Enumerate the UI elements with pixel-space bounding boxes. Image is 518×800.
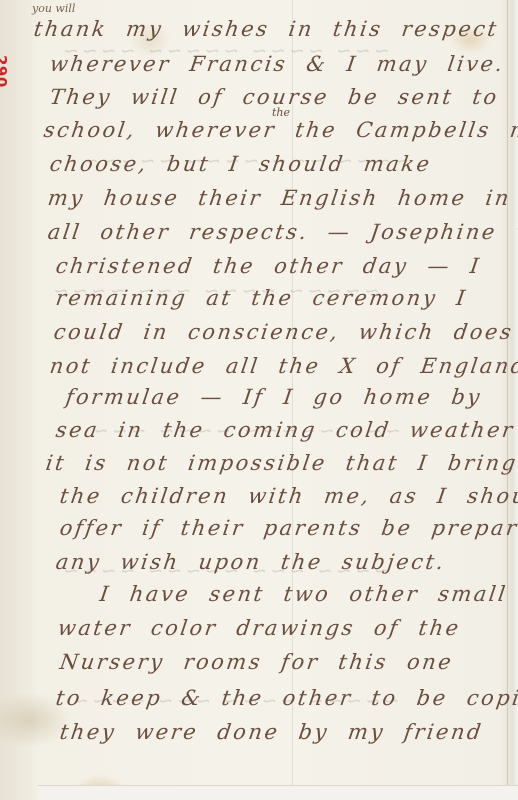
letter-line: formulae — If I go home by (64, 385, 483, 409)
letter-line: school, wherever the Campbells may (42, 118, 518, 142)
letter-line: my house their English home in (46, 186, 512, 210)
letter-line: They will of course be sent to (48, 85, 500, 109)
letter-line: it is not impossible that I bring (44, 451, 518, 475)
letter-line: water color drawings of the (56, 616, 462, 640)
letter-line: christened the other day — I (54, 254, 482, 278)
letter-line: sea in the coming cold weather (54, 418, 516, 442)
letter-line: could in conscience, which does (52, 320, 515, 344)
letter-line: thank my wishes in this respect (32, 17, 500, 41)
paper-bottom-edge (38, 785, 518, 800)
letter-line: offer if their parents be prepared (58, 516, 518, 540)
letter-line: they were done by my friend (58, 720, 484, 744)
letter-line: Nursery rooms for this one (58, 650, 455, 674)
letter-line: I have sent two other small (98, 582, 509, 606)
letter-line: to keep & the other to be copied (54, 686, 518, 710)
letter-line: remaining at the ceremony I (54, 286, 469, 310)
letter-line: not include all the X of England (48, 354, 518, 378)
letter-line: choose, but I should make (48, 152, 433, 176)
letter-line: wherever Francis & I may live. (48, 52, 506, 76)
letter-line: all other respects. — Josephine was (46, 220, 518, 244)
letter-line: the children with me, as I should (58, 484, 518, 508)
marginal-note: you will (32, 2, 75, 15)
letter-line: any wish upon the subject. (54, 550, 447, 574)
letter-page: ~~~ ~~~~ ~~~~~ ~~~~ ~~~~ ~~~ ~~~~ ~~~~~ … (0, 0, 518, 800)
folio-number: 290 (0, 55, 10, 88)
